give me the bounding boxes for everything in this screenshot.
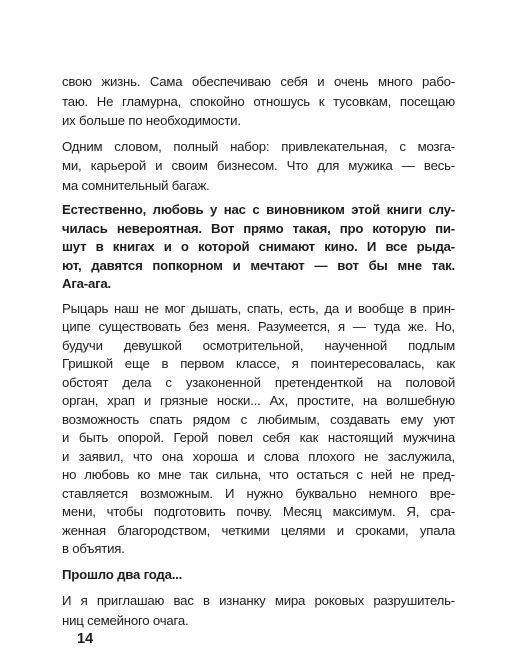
paragraph: Одним словом, полный набор: привлекатель… [62,137,455,196]
text-line: ципе существовать без меня. Разумеется, … [62,318,455,337]
text-line: Гришкой еще в первом классе, я поинтерес… [62,355,455,374]
paragraph-bold: Естественно, любовь у нас с виновником э… [62,201,455,294]
text-line: орган, храп и грязные носки... Ах, прост… [62,392,455,411]
text-line: ми, карьерой и своим бизнесом. Что для м… [62,156,455,176]
text-line: И я приглашаю вас в изнанку мира роковых… [62,591,455,611]
text-line: в объятия. [62,540,455,559]
text-line: чилась невероятная. Вот прямо такая, про… [62,220,455,239]
text-line: шут в книгах и о которой снимают кино. И… [62,238,455,257]
paragraph: Рыцарь наш не мог дышать, спать, есть, д… [62,300,455,559]
text-line: их больше по необходимости. [62,111,455,131]
text-line: обстоят дела с узаконенной претенденткой… [62,374,455,393]
text-line: мени, чтобы подготовить почву. Месяц мак… [62,503,455,522]
paragraph-heading: Прошло два года... [62,565,455,585]
text-line: и быть опорой. Герой повел себя как наст… [62,429,455,448]
page-number: 14 [77,629,93,649]
text-block: свою жизнь. Сама обеспечиваю себя и очен… [62,72,455,637]
text-line: и заявил, что она хороша и слова плохого… [62,448,455,467]
paragraph: свою жизнь. Сама обеспечиваю себя и очен… [62,72,455,131]
text-line: таю. Не гламурна, спокойно отношусь к ту… [62,92,455,112]
text-line: будучи девушкой осмотрительной, наученно… [62,337,455,356]
text-line: Рыцарь наш не мог дышать, спать, есть, д… [62,300,455,319]
text-line: Одним словом, полный набор: привлекатель… [62,137,455,157]
text-line: Прошло два года... [62,565,455,585]
text-line: ют, давятся попкорном и мечтают — вот бы… [62,257,455,276]
text-line: ма сомнительный багаж. [62,176,455,196]
text-line: но любовь ко мне так сильна, что остатьс… [62,466,455,485]
text-line: ниц семейного очага. [62,611,455,631]
text-line: женная благородством, четкими целями и с… [62,522,455,541]
text-line: Естественно, любовь у нас с виновником э… [62,201,455,220]
paragraph: И я приглашаю вас в изнанку мира роковых… [62,591,455,631]
text-line: Ага-ага. [62,275,455,294]
text-line: возможность спать рядом с любимым, созда… [62,411,455,430]
text-line: свою жизнь. Сама обеспечиваю себя и очен… [62,72,455,92]
book-page: свою жизнь. Сама обеспечиваю себя и очен… [0,0,514,670]
text-line: ставляется возможным. И нужно буквально … [62,485,455,504]
